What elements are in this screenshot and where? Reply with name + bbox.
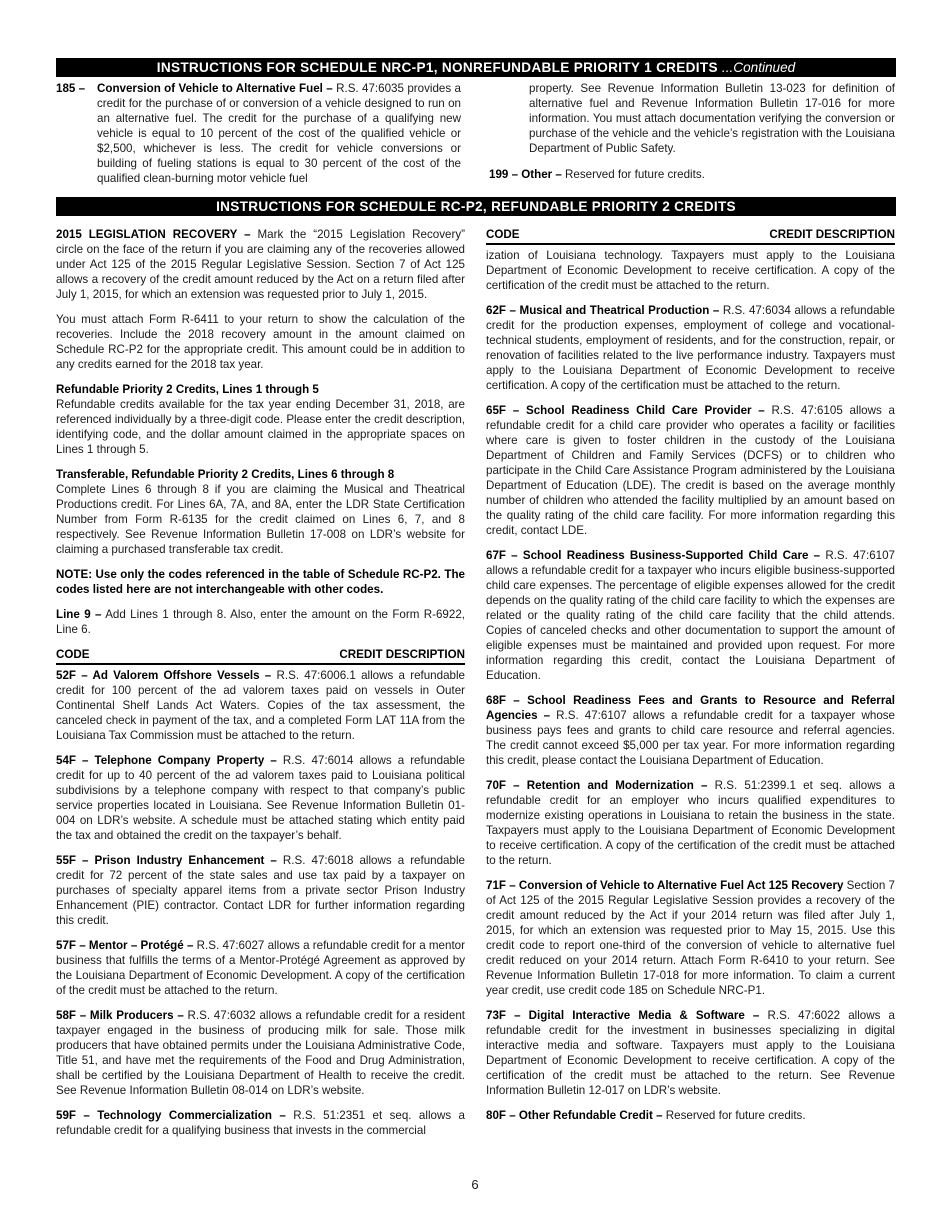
lines-6-8-text: Complete Lines 6 through 8 if you are cl…	[56, 482, 465, 557]
continued-label: ...Continued	[722, 60, 795, 75]
credit-heading: 65F – School Readiness Child Care Provid…	[486, 404, 765, 417]
credit-item-185: 185 – Conversion of Vehicle to Alternati…	[56, 81, 461, 186]
credit-item-80f: 80F – Other Refundable Credit – Reserved…	[486, 1108, 895, 1123]
credit-item-54f: 54F – Telephone Company Property – R.S. …	[56, 753, 465, 843]
credit-heading: 54F – Telephone Company Property –	[56, 754, 277, 767]
credit-heading: 62F – Musical and Theatrical Production …	[486, 304, 719, 317]
line-9-heading: Line 9 –	[56, 608, 101, 621]
credit-text: R.S. 47:6035 provides a credit for the p…	[97, 82, 461, 185]
nrc-p1-right-column: property. See Revenue Information Bullet…	[489, 81, 895, 182]
credit-item-70f: 70F – Retention and Modernization – R.S.…	[486, 778, 895, 868]
credit-item-67f: 67F – School Readiness Business-Supporte…	[486, 548, 895, 683]
description-column-label: CREDIT DESCRIPTION	[769, 227, 895, 242]
credit-text: Reserved for future credits.	[663, 1109, 806, 1122]
credit-item-68f: 68F – School Readiness Fees and Grants t…	[486, 693, 895, 768]
nrc-p1-left-column: 185 – Conversion of Vehicle to Alternati…	[56, 81, 461, 186]
credit-item-199: 199 – Other – Reserved for future credit…	[489, 167, 895, 182]
credit-heading: 199 – Other –	[489, 168, 562, 181]
credit-text: R.S. 47:6034 allows a refundable credit …	[486, 304, 895, 392]
lines-1-5-text: Refundable credits available for the tax…	[56, 397, 465, 457]
credit-heading: 59F – Technology Commercialization –	[56, 1109, 286, 1122]
credit-heading: 70F – Retention and Modernization –	[486, 779, 707, 792]
credit-item-52f: 52F – Ad Valorem Offshore Vessels – R.S.…	[56, 668, 465, 743]
credit-item-55f: 55F – Prison Industry Enhancement – R.S.…	[56, 853, 465, 928]
credit-text: R.S. 47:6014 allows a refundable credit …	[56, 754, 465, 842]
section-title: INSTRUCTIONS FOR SCHEDULE NRC-P1, NONREF…	[157, 60, 718, 75]
credit-item-62f: 62F – Musical and Theatrical Production …	[486, 303, 895, 393]
credit-185-continued: property. See Revenue Information Bullet…	[489, 81, 895, 156]
line-9: Line 9 – Add Lines 1 through 8. Also, en…	[56, 607, 465, 637]
code-column-label: CODE	[486, 227, 520, 242]
credit-heading: 57F – Mentor – Protégé –	[56, 939, 193, 952]
credit-heading: 52F – Ad Valorem Offshore Vessels –	[56, 669, 271, 682]
credit-item-57f: 57F – Mentor – Protégé – R.S. 47:6027 al…	[56, 938, 465, 998]
credit-item-58f: 58F – Milk Producers – R.S. 47:6032 allo…	[56, 1008, 465, 1098]
legislation-heading: 2015 LEGISLATION RECOVERY –	[56, 228, 251, 241]
description-column-label: CREDIT DESCRIPTION	[339, 647, 465, 662]
credit-item-59f: 59F – Technology Commercialization – R.S…	[56, 1108, 465, 1138]
credit-text: R.S. 47:6032 allows a refundable credit …	[56, 1009, 465, 1097]
line-9-text: Add Lines 1 through 8. Also, enter the a…	[56, 608, 465, 636]
credit-text: R.S. 47:6022 allows a refundable credit …	[486, 1009, 895, 1097]
credit-code: 185 –	[56, 81, 97, 186]
section-title: INSTRUCTIONS FOR SCHEDULE RC-P2, REFUNDA…	[216, 199, 736, 214]
credit-heading: 67F – School Readiness Business-Supporte…	[486, 549, 820, 562]
rc-p2-right-column: CODE CREDIT DESCRIPTION ization of Louis…	[486, 227, 895, 1123]
legislation-para2: You must attach Form R-6411 to your retu…	[56, 312, 465, 372]
credit-item-71f: 71F – Conversion of Vehicle to Alternati…	[486, 878, 895, 998]
codes-note: NOTE: Use only the codes referenced in t…	[56, 567, 465, 597]
section-header-nrc-p1: INSTRUCTIONS FOR SCHEDULE NRC-P1, NONREF…	[56, 58, 896, 77]
credit-heading: 58F – Milk Producers –	[56, 1009, 184, 1022]
credit-item-65f: 65F – School Readiness Child Care Provid…	[486, 403, 895, 538]
credit-item-73f: 73F – Digital Interactive Media & Softwa…	[486, 1008, 895, 1098]
credit-text: R.S. 51:2399.1 et seq. allows a refundab…	[486, 779, 895, 867]
page-number: 6	[0, 1177, 950, 1192]
credit-text: R.S. 47:6105 allows a refundable credit …	[486, 404, 895, 537]
credit-heading: 73F – Digital Interactive Media & Softwa…	[486, 1009, 759, 1022]
credit-heading: 55F – Prison Industry Enhancement –	[56, 854, 277, 867]
credit-text: Reserved for future credits.	[562, 168, 705, 181]
credit-text: Section 7 of Act 125 of the 2015 Regular…	[486, 879, 895, 997]
legislation-recovery: 2015 LEGISLATION RECOVERY – Mark the “20…	[56, 227, 465, 302]
code-table-header: CODE CREDIT DESCRIPTION	[486, 227, 895, 245]
credit-heading: Conversion of Vehicle to Alternative Fue…	[97, 82, 333, 95]
credit-text: R.S. 47:6107 allows a refundable credit …	[486, 549, 895, 682]
credit-heading: 71F – Conversion of Vehicle to Alternati…	[486, 879, 843, 892]
credit-heading: 80F – Other Refundable Credit –	[486, 1109, 663, 1122]
rc-p2-left-column: 2015 LEGISLATION RECOVERY – Mark the “20…	[56, 227, 465, 1138]
credit-59f-continued: ization of Louisiana technology. Taxpaye…	[486, 248, 895, 293]
section-header-rc-p2: INSTRUCTIONS FOR SCHEDULE RC-P2, REFUNDA…	[56, 197, 896, 216]
lines-1-5-heading: Refundable Priority 2 Credits, Lines 1 t…	[56, 383, 319, 396]
code-table-header: CODE CREDIT DESCRIPTION	[56, 647, 465, 665]
code-column-label: CODE	[56, 647, 90, 662]
lines-6-8-heading: Transferable, Refundable Priority 2 Cred…	[56, 468, 394, 481]
